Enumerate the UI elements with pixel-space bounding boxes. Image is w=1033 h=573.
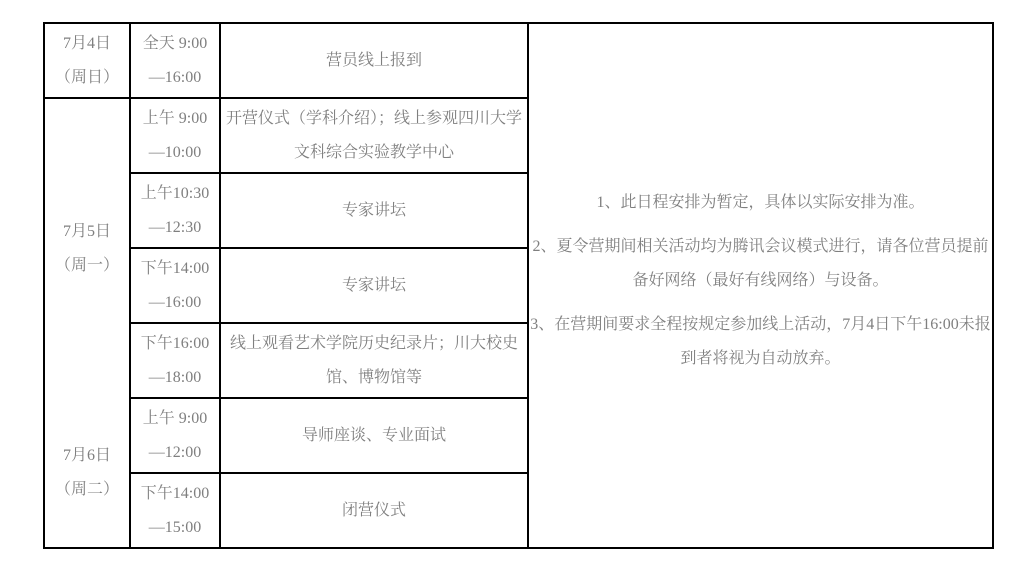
time-start: 上午10:30 [131,177,219,211]
time-end: —12:30 [131,211,219,245]
document-page: 7月4日 （周日） 全天 9:00 —16:00 营员线上报到 1、此日程安排为… [0,0,1033,573]
time-cell: 下午14:00 —15:00 [130,473,220,548]
time-end: —15:00 [131,511,219,545]
time-start: 全天 9:00 [131,27,219,61]
notes-cell: 1、此日程安排为暂定，具体以实际安排为准。 2、夏令营期间相关活动均为腾讯会议模… [528,23,993,548]
time-start: 下午16:00 [131,327,219,361]
date-label: 7月4日 [45,27,129,61]
date-group-jul5: 7月5日 （周一） [45,99,129,398]
note-item-1: 1、此日程安排为暂定，具体以实际安排为准。 [529,186,992,220]
weekday-label: （周一） [55,249,119,283]
time-start: 下午14:00 [131,252,219,286]
date-label: 7月5日 [63,215,111,249]
date-group-jul6: 7月6日 （周二） [45,398,129,547]
weekday-label: （周二） [55,473,119,507]
time-start: 上午 9:00 [131,402,219,436]
activity-cell: 开营仪式（学科介绍）；线上参观四川大学文科综合实验教学中心 [220,98,528,173]
activity-cell: 线上观看艺术学院历史纪录片；川大校史馆、博物馆等 [220,323,528,398]
activity-cell: 导师座谈、专业面试 [220,398,528,473]
time-cell: 上午 9:00 —12:00 [130,398,220,473]
activity-cell: 闭营仪式 [220,473,528,548]
schedule-table: 7月4日 （周日） 全天 9:00 —16:00 营员线上报到 1、此日程安排为… [43,22,994,549]
time-end: —12:00 [131,436,219,470]
date-cell-jul5-jul6: 7月5日 （周一） 7月6日 （周二） [44,98,130,548]
activity-cell: 营员线上报到 [220,23,528,98]
time-cell: 上午 9:00 —10:00 [130,98,220,173]
time-start: 下午14:00 [131,477,219,511]
table-row: 7月4日 （周日） 全天 9:00 —16:00 营员线上报到 1、此日程安排为… [44,23,993,98]
time-cell: 下午14:00 —16:00 [130,248,220,323]
date-cell-jul4: 7月4日 （周日） [44,23,130,98]
activity-cell: 专家讲坛 [220,173,528,248]
time-end: —16:00 [131,61,219,95]
time-cell: 全天 9:00 —16:00 [130,23,220,98]
time-end: —16:00 [131,286,219,320]
time-cell: 下午16:00 —18:00 [130,323,220,398]
note-item-2: 2、夏令营期间相关活动均为腾讯会议模式进行，请各位营员提前备好网络（最好有线网络… [529,230,992,298]
time-cell: 上午10:30 —12:30 [130,173,220,248]
time-start: 上午 9:00 [131,102,219,136]
time-end: —18:00 [131,361,219,395]
activity-cell: 专家讲坛 [220,248,528,323]
date-label: 7月6日 [63,439,111,473]
note-item-3: 3、在营期间要求全程按规定参加线上活动，7月4日下午16:00未报到者将视为自动… [529,308,992,376]
time-end: —10:00 [131,136,219,170]
weekday-label: （周日） [45,61,129,95]
